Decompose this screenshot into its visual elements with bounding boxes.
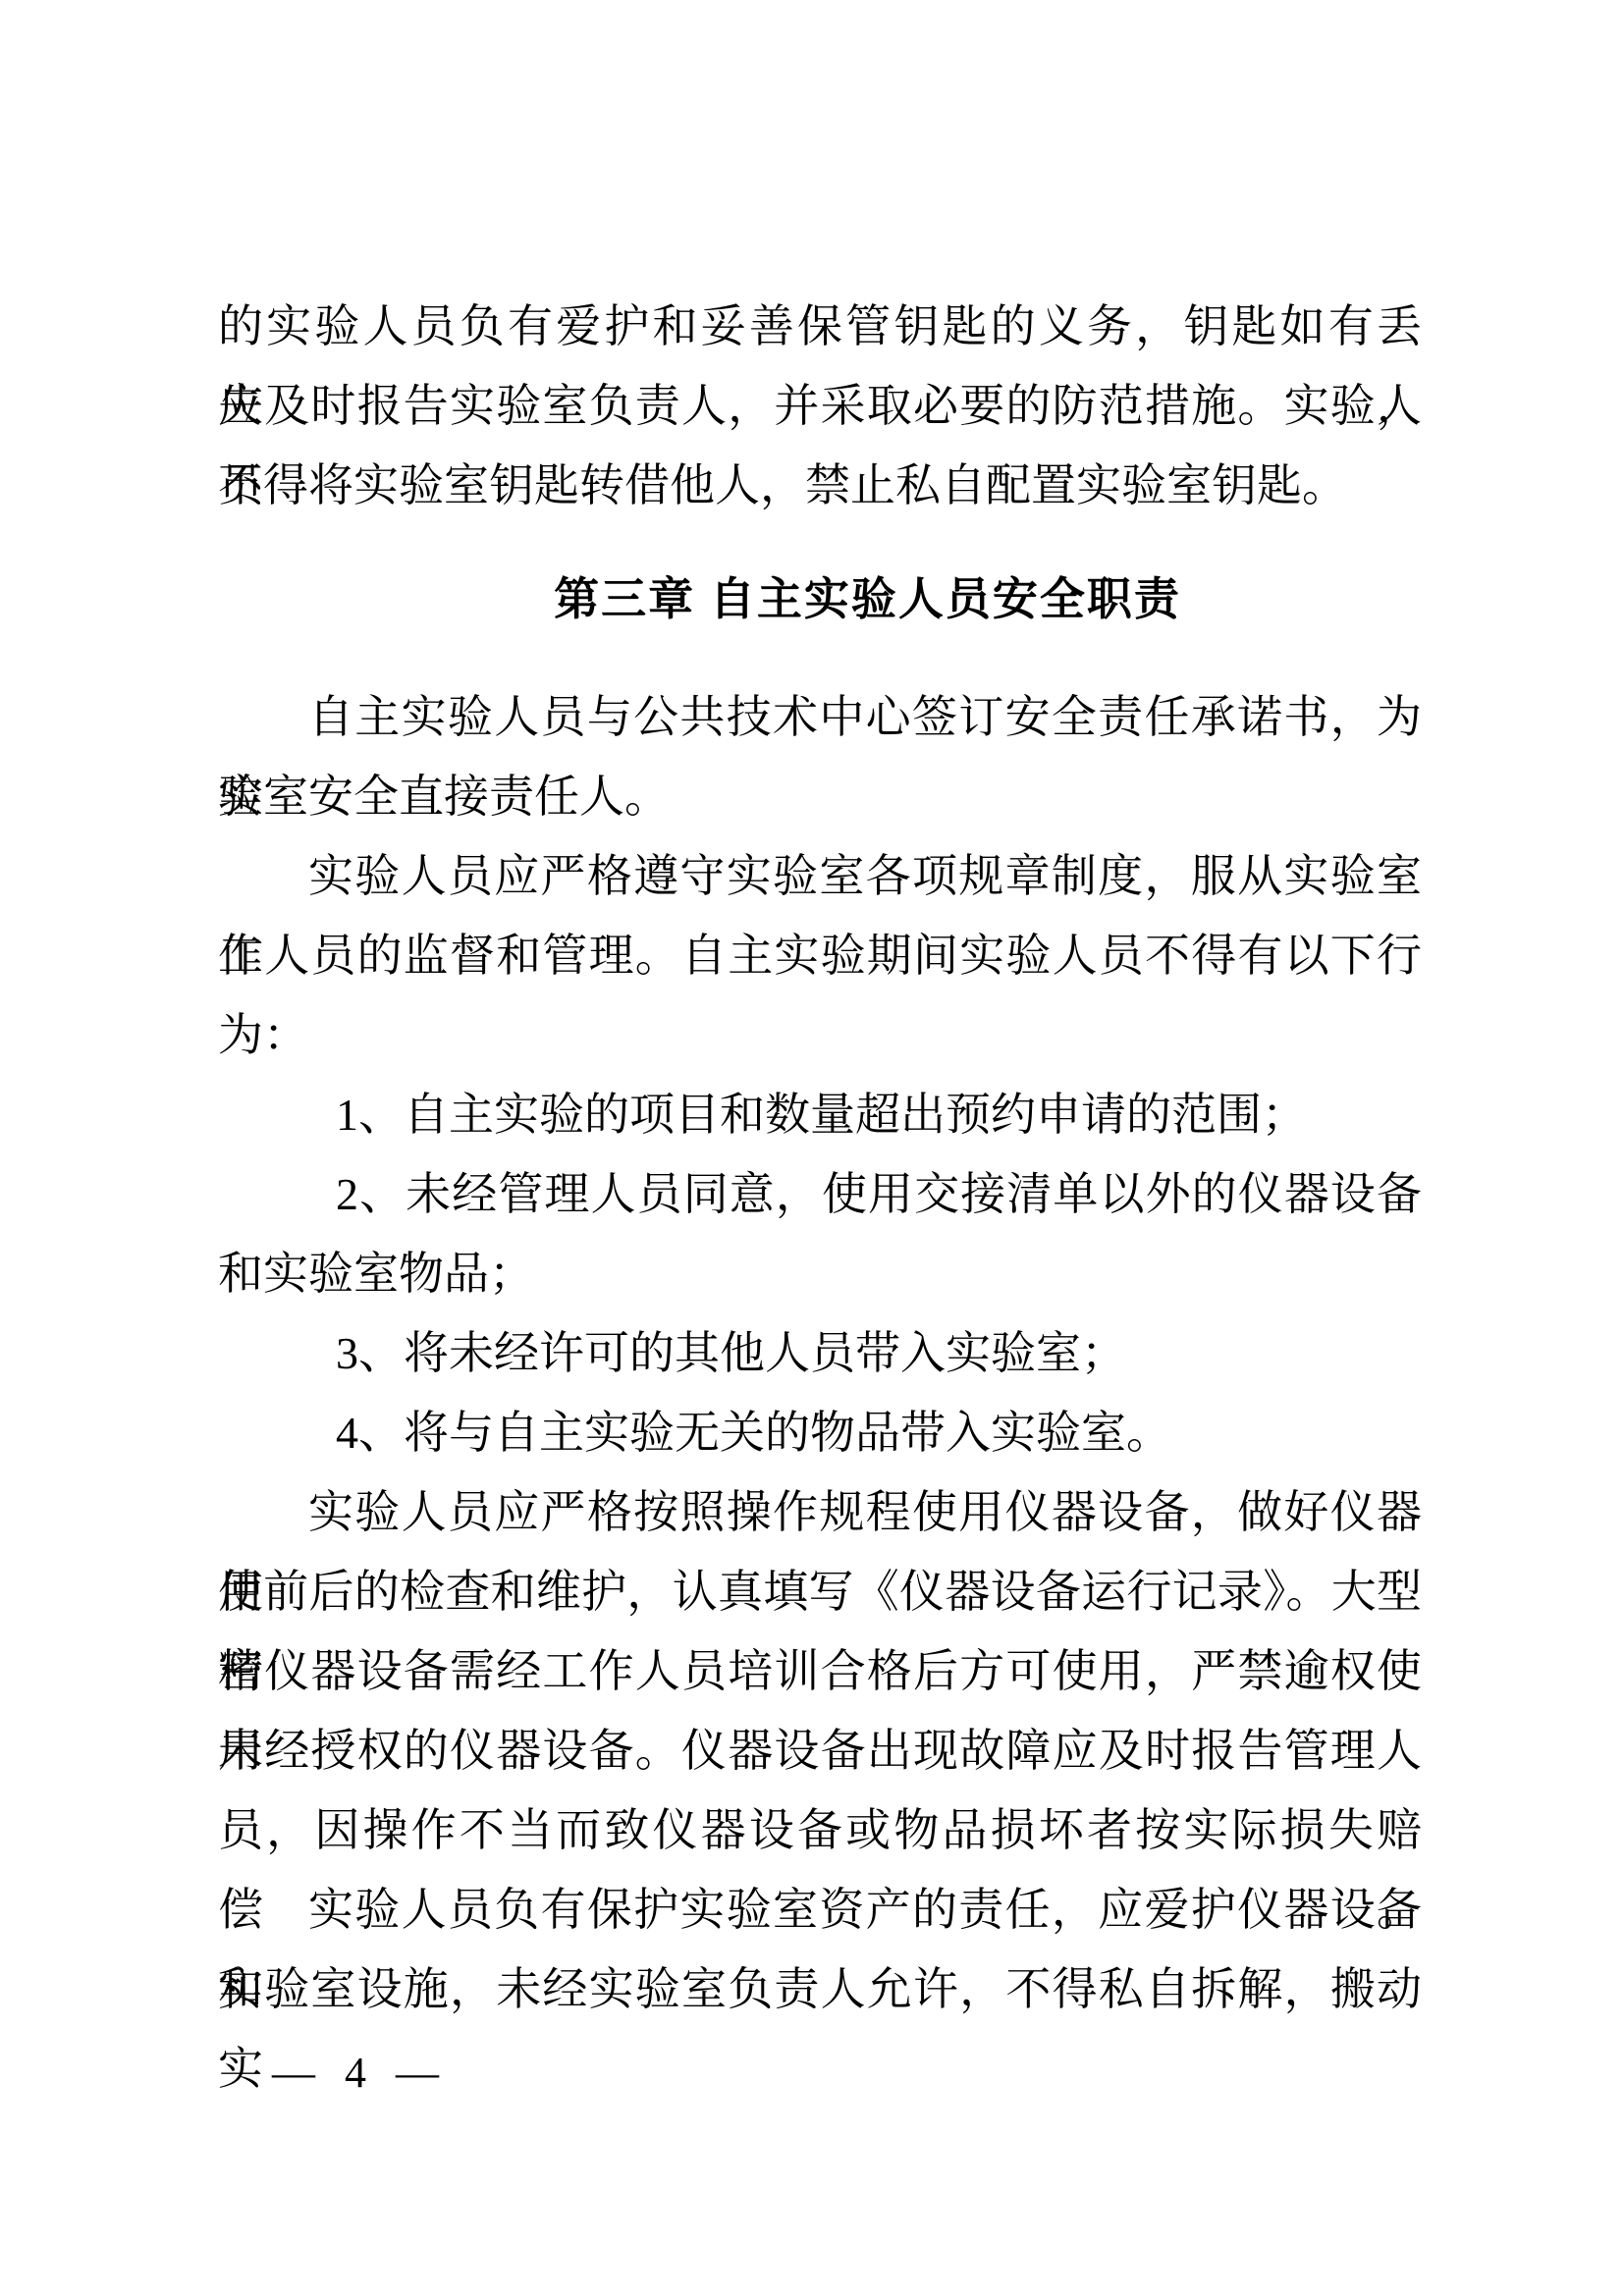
- list-item-line: 和实验室物品；: [218, 1234, 1422, 1313]
- text-line: 不得将实验室钥匙转借他人，禁止私自配置实验室钥匙。: [218, 446, 1422, 525]
- text-line: 应及时报告实验室负责人，并采取必要的防范措施。实验人员: [218, 366, 1422, 446]
- text-line: 实验人员应严格遵守实验室各项规章制度，服从实验室工: [218, 836, 1422, 916]
- list-item-line: 1、自主实验的项目和数量超出预约申请的范围；: [218, 1075, 1422, 1154]
- text-line: 未经授权的仪器设备。仪器设备出现故障应及时报告管理人: [218, 1711, 1422, 1790]
- text-line: 为：: [218, 995, 1422, 1075]
- text-line: 验室安全直接责任人。: [218, 757, 1422, 836]
- text-line: 作人员的监督和管理。自主实验期间实验人员不得有以下行: [218, 916, 1422, 995]
- list-item-line: 4、将与自主实验无关的物品带入实验室。: [218, 1393, 1422, 1472]
- paragraph-key-management: 的实验人员负有爱护和妥善保管钥匙的义务，钥匙如有丢失， 应及时报告实验室负责人，…: [218, 287, 1422, 525]
- paragraph-asset-protection: 实验人员负有保护实验室资产的责任，应爱护仪器设备和 实验室设施，未经实验室负责人…: [218, 1870, 1422, 2029]
- text-line: 密仪器设备需经工作人员培训合格后方可使用，严禁逾权使用: [218, 1631, 1422, 1711]
- prohibited-behaviors-list: 1、自主实验的项目和数量超出预约申请的范围； 2、未经管理人员同意，使用交接清单…: [218, 1075, 1422, 1472]
- text-line: 实验人员负有保护实验室资产的责任，应爱护仪器设备和: [218, 1870, 1422, 1949]
- page-footer: — 4 —: [272, 2044, 439, 2103]
- paragraph-equipment-operation: 实验人员应严格按照操作规程使用仪器设备，做好仪器使 用前后的检查和维护，认真填写…: [218, 1472, 1422, 1870]
- text-line: 员，因操作不当而致仪器设备或物品损坏者按实际损失赔偿。: [218, 1790, 1422, 1870]
- page-number: 4: [345, 2044, 366, 2103]
- text-line: 实验室设施，未经实验室负责人允许，不得私自拆解，搬动实: [218, 1949, 1422, 2029]
- list-item-line: 2、未经管理人员同意，使用交接清单以外的仪器设备: [218, 1154, 1422, 1234]
- text-line: 用前后的检查和维护，认真填写《仪器设备运行记录》。大型精: [218, 1552, 1422, 1631]
- document-body: 的实验人员负有爱护和妥善保管钥匙的义务，钥匙如有丢失， 应及时报告实验室负责人，…: [218, 287, 1422, 2029]
- chapter-heading: 第三章 自主实验人员安全职责: [218, 560, 1422, 639]
- footer-dash-left: —: [272, 2044, 315, 2103]
- text-line: 自主实验人员与公共技术中心签订安全责任承诺书，为实: [218, 677, 1422, 757]
- list-item-line: 3、将未经许可的其他人员带入实验室；: [218, 1313, 1422, 1393]
- footer-dash-right: —: [396, 2044, 439, 2103]
- paragraph-responsibility-commitment: 自主实验人员与公共技术中心签订安全责任承诺书，为实 验室安全直接责任人。: [218, 677, 1422, 836]
- document-page: 的实验人员负有爱护和妥善保管钥匙的义务，钥匙如有丢失， 应及时报告实验室负责人，…: [0, 0, 1623, 2296]
- text-line: 实验人员应严格按照操作规程使用仪器设备，做好仪器使: [218, 1472, 1422, 1552]
- text-line: 的实验人员负有爱护和妥善保管钥匙的义务，钥匙如有丢失，: [218, 287, 1422, 366]
- paragraph-rules-compliance: 实验人员应严格遵守实验室各项规章制度，服从实验室工 作人员的监督和管理。自主实验…: [218, 836, 1422, 1075]
